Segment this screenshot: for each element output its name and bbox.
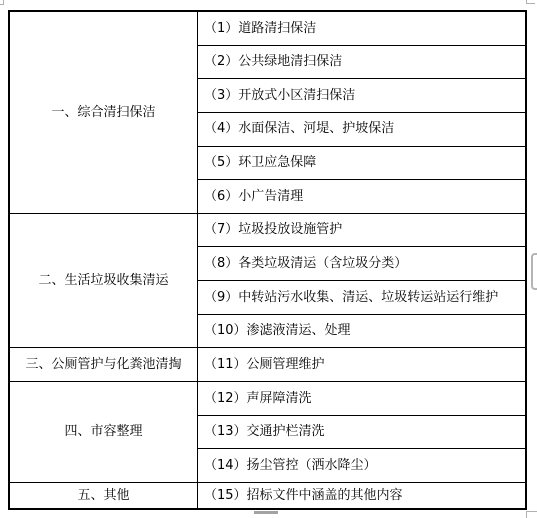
- table-row: （7）垃圾投放设施管护: [198, 214, 525, 248]
- table-row: （2）公共绿地清扫保洁: [198, 46, 525, 80]
- item-text-1: （1）道路清扫保洁: [204, 21, 316, 37]
- category-label-2: 二、生活垃圾收集清运: [38, 273, 168, 289]
- text-boundary-corner-bottom-right-icon: [526, 511, 537, 518]
- service-category-table: 一、综合清扫保洁 二、生活垃圾收集清运 三、公厕管护与化粪池清掏 四、市容整理 …: [8, 10, 527, 510]
- category-cell-3: 三、公厕管护与化粪池清掏: [10, 348, 198, 382]
- item-text-13: （13）交通护栏清洗: [204, 424, 325, 440]
- item-text-14: （14）扬尘管控（洒水降尘）: [204, 458, 377, 474]
- item-text-3: （3）开放式小区清扫保洁: [204, 88, 355, 104]
- item-text-6: （6）小广告清理: [204, 189, 303, 205]
- document-page: 一、综合清扫保洁 二、生活垃圾收集清运 三、公厕管护与化粪池清掏 四、市容整理 …: [0, 0, 537, 518]
- item-text-5: （5）环卫应急保障: [204, 155, 316, 171]
- item-text-11: （11）公厕管理维护: [204, 357, 325, 373]
- category-label-5: 五、其他: [77, 488, 129, 504]
- table-row: （13）交通护栏清洗: [198, 416, 525, 450]
- category-cell-5: 五、其他: [10, 483, 198, 508]
- item-text-8: （8）各类垃圾清运（含垃圾分类）: [204, 256, 407, 272]
- item-text-9: （9）中转站污水收集、清运、垃圾转运站运行维护: [204, 290, 498, 306]
- category-label-1: 一、综合清扫保洁: [51, 105, 155, 121]
- table-row: （10）渗滤液清运、处理: [198, 315, 525, 349]
- table-row: （3）开放式小区清扫保洁: [198, 79, 525, 113]
- table-row: （6）小广告清理: [198, 180, 525, 214]
- text-boundary-corner-top-right-icon: [526, 0, 535, 4]
- item-text-10: （10）渗滤液清运、处理: [204, 323, 351, 339]
- category-cell-4: 四、市容整理: [10, 382, 198, 483]
- item-text-7: （7）垃圾投放设施管护: [204, 222, 342, 238]
- table-row: （14）扬尘管控（洒水降尘）: [198, 449, 525, 483]
- table-row: （15）招标文件中涵盖的其他内容: [198, 483, 525, 508]
- category-label-3: 三、公厕管护与化粪池清掏: [25, 357, 181, 373]
- table-row: （4）水面保洁、河堤、护坡保洁: [198, 113, 525, 147]
- table-row: （12）声屏障清洗: [198, 382, 525, 416]
- right-edge-rounded-marker: [531, 253, 537, 290]
- table-row: （8）各类垃圾清运（含垃圾分类）: [198, 247, 525, 281]
- item-text-4: （4）水面保洁、河堤、护坡保洁: [204, 121, 394, 137]
- table-row: （5）环卫应急保障: [198, 147, 525, 181]
- category-cell-1: 一、综合清扫保洁: [10, 12, 198, 214]
- item-text-15: （15）招标文件中涵盖的其他内容: [204, 488, 403, 504]
- category-label-4: 四、市容整理: [64, 424, 142, 440]
- table-row: （9）中转站污水收集、清运、垃圾转运站运行维护: [198, 281, 525, 315]
- table-row: （1）道路清扫保洁: [198, 12, 525, 46]
- text-boundary-corner-top-left-icon: [0, 0, 4, 5]
- horizontal-scrollbar-thumb[interactable]: [254, 511, 278, 514]
- table-row: （11）公厕管理维护: [198, 348, 525, 382]
- category-cell-2: 二、生活垃圾收集清运: [10, 214, 198, 349]
- item-text-12: （12）声屏障清洗: [204, 391, 312, 407]
- item-text-2: （2）公共绿地清扫保洁: [204, 54, 342, 70]
